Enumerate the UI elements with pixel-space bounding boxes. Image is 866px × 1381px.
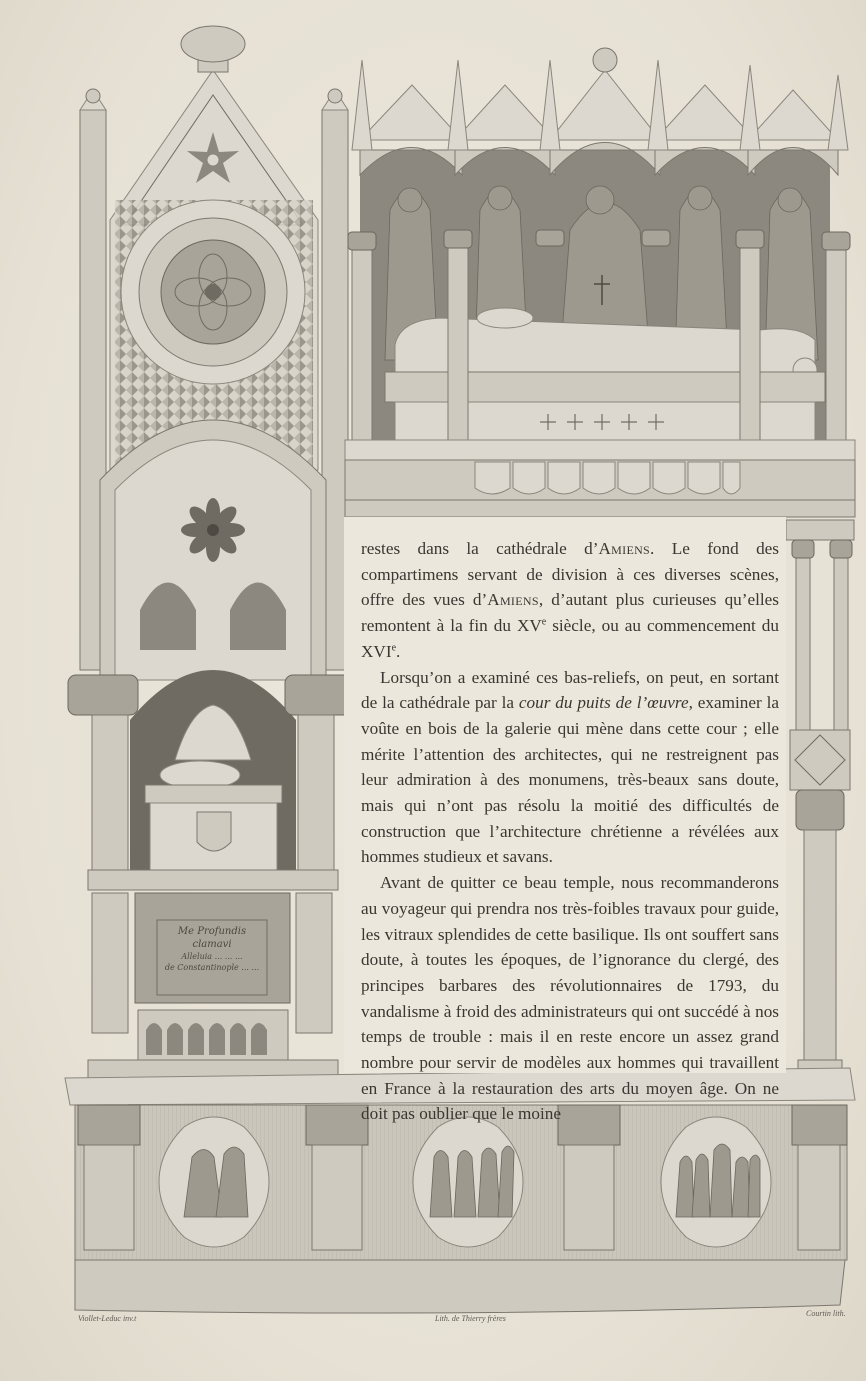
left-niche (68, 420, 355, 1078)
paragraph: Lorsqu’on a examiné ces bas-reliefs, on … (361, 665, 779, 871)
paragraph: restes dans la cathédrale d’Amiens. Le f… (361, 536, 779, 665)
paragraph: Avant de quitter ce beau temple, nous re… (361, 870, 779, 1127)
plaque-line-3: Alleluia ... ... ... (156, 951, 268, 962)
plaque-inscription: Me Profundis clamavi Alleluia ... ... ..… (156, 925, 268, 973)
body-text: restes dans la cathédrale d’Amiens. Le f… (361, 536, 779, 1127)
caption-engraver: Courtin lith. (806, 1309, 846, 1318)
caption-artist: Viollet-Leduc inv.t (78, 1314, 136, 1323)
plaque-line-2: clamavi (156, 938, 268, 951)
plaque-line-4: de Constantinople ... ... (156, 962, 268, 973)
caption-lithographer: Lith. de Thierry frères (435, 1314, 506, 1323)
right-column (786, 520, 854, 1072)
quatrefoil-reliefs (159, 1117, 771, 1247)
page: Me Profundis clamavi Alleluia ... ... ..… (0, 0, 866, 1381)
plaque-line-1: Me Profundis (156, 925, 268, 938)
effigy-arcade (345, 48, 855, 517)
